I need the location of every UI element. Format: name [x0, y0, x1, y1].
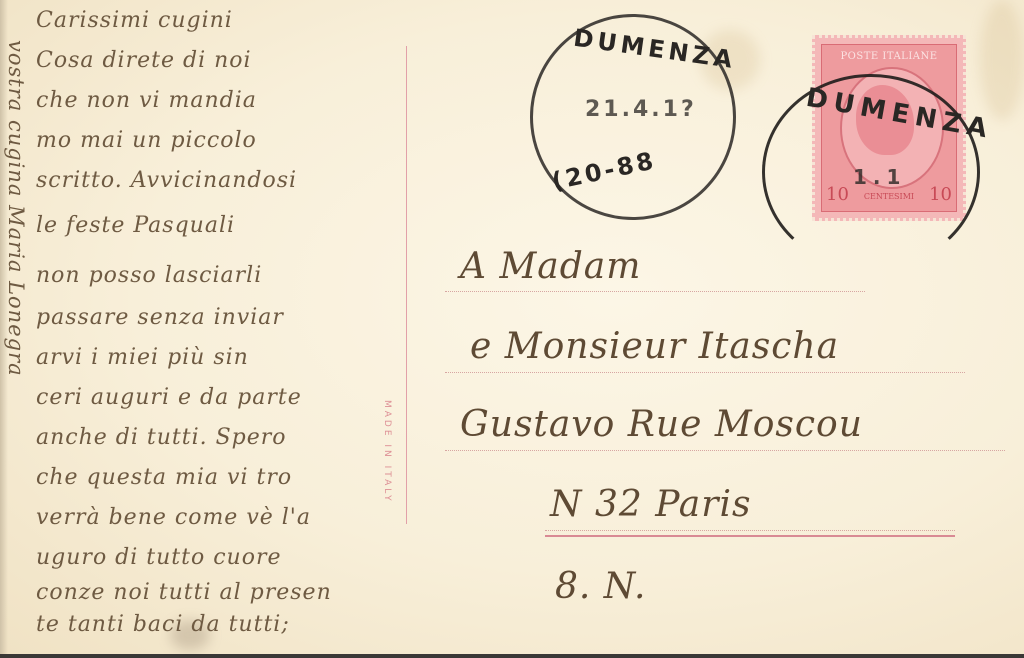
address-line-recipient: A Madam	[460, 246, 641, 287]
postmark-town: DUMENZA	[804, 83, 995, 145]
address-line-extra: 8. N.	[555, 566, 646, 607]
stamp-country: POSTE ITALIANE	[822, 51, 956, 62]
message-line: conze noi tutti al presen	[36, 580, 332, 605]
message-line: arvi i miei più sin	[36, 345, 249, 370]
address-guide-line	[445, 291, 865, 292]
message-line: mo mai un piccolo	[36, 128, 257, 153]
message-line: che questa mia vi tro	[36, 465, 292, 490]
message-line: ceri auguri e da parte	[36, 385, 302, 410]
address-guide-line	[545, 530, 955, 531]
address-line-city: N 32 Paris	[550, 484, 751, 525]
postmark-date: 21.4.1?	[585, 97, 697, 122]
margin-note: vostra cugina Maria Lonegra	[4, 40, 28, 377]
postmark-right: DUMENZA 1.1	[762, 74, 980, 270]
postmark-town: DUMENZA	[572, 24, 738, 75]
postcard-back: vostra cugina Maria Lonegra Carissimi cu…	[0, 0, 1024, 654]
postmark-left: DUMENZA 21.4.1? (20-88	[530, 14, 736, 220]
address-guide-line	[445, 450, 1005, 451]
address-line-street: Gustavo Rue Moscou	[460, 404, 863, 445]
message-line: scritto. Avvicinandosi	[36, 168, 297, 193]
message-line: anche di tutti. Spero	[36, 425, 287, 450]
message-line: passare senza inviar	[36, 305, 284, 330]
address-underline	[545, 535, 955, 537]
message-line: Cosa direte di noi	[36, 48, 252, 73]
age-stain	[980, 0, 1024, 120]
message-line: verrà bene come vè l'a	[36, 505, 311, 530]
message-line: Carissimi cugini	[36, 8, 233, 33]
message-line: che non vi mandia	[36, 88, 257, 113]
postmark-date: 1.1	[853, 165, 906, 189]
made-in-italy-imprint: MADE IN ITALY	[382, 400, 392, 504]
address-guide-line	[445, 372, 965, 373]
message-line: non posso lasciarli	[36, 263, 262, 288]
message-line: le feste Pasquali	[36, 213, 235, 238]
postmark-code: (20-88	[549, 146, 658, 195]
message-line: uguro di tutto cuore	[36, 545, 282, 570]
scan-edge	[0, 654, 1024, 658]
center-divider	[406, 46, 407, 524]
message-line: te tanti baci da tutti;	[36, 612, 290, 637]
address-line-name: e Monsieur Itascha	[470, 326, 839, 367]
